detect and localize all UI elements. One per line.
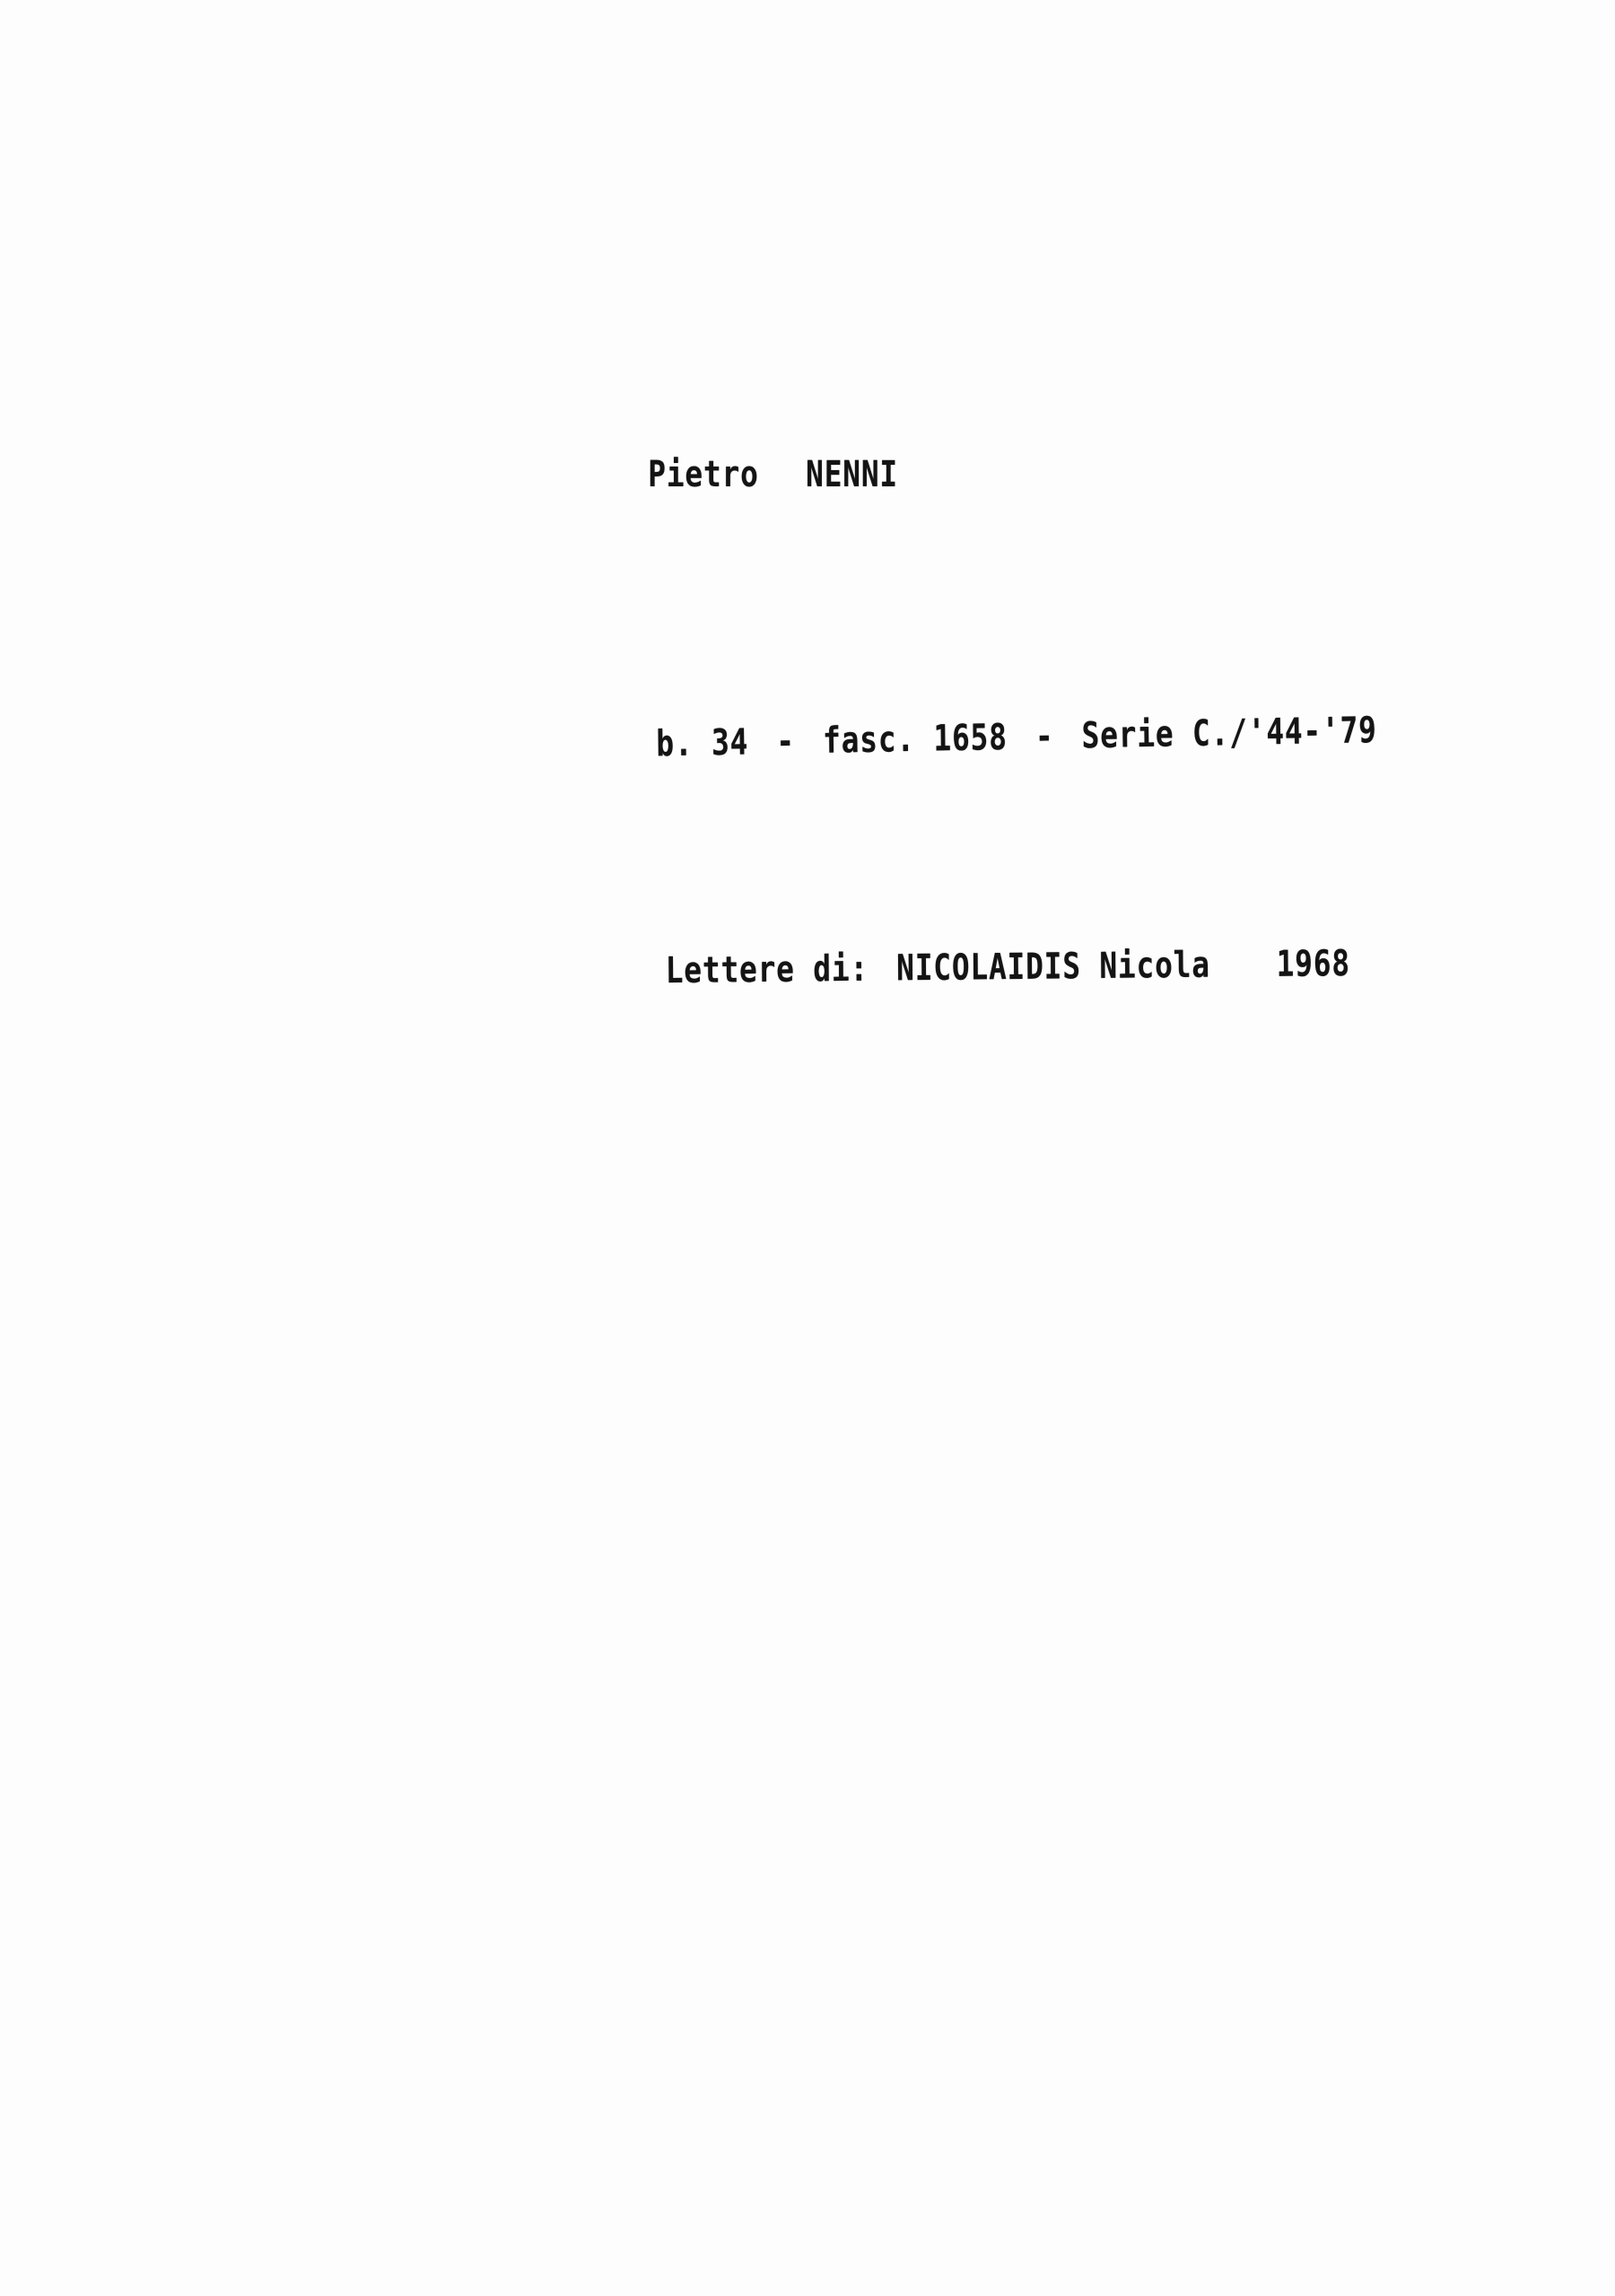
- separator: -: [1035, 716, 1054, 757]
- correspondence-line: Lettere di:NICOLAIDIS Nicola1968: [591, 902, 1350, 1034]
- separator: -: [776, 720, 795, 762]
- scan-noise-background: [0, 0, 1615, 2296]
- letters-label: Lettere di:: [666, 948, 869, 991]
- scanned-document-page: PietroNENNI b. 34-fasc. 1658-Serie C./'4…: [0, 0, 1615, 2296]
- correspondence-year: 1968: [1276, 943, 1350, 985]
- archive-reference-line: b. 34-fasc. 1658-Serie C./'44-'79: [581, 668, 1377, 808]
- series-label: Serie C./'44-'79: [1081, 710, 1377, 756]
- person-name-line: PietroNENNI: [574, 413, 898, 537]
- fascicolo-number: fasc. 1658: [823, 717, 1008, 762]
- last-name: NENNI: [806, 454, 898, 495]
- first-name: Pietro: [648, 454, 758, 495]
- busta-number: b. 34: [656, 721, 748, 764]
- correspondent-name: NICOLAIDIS Nicola: [896, 945, 1210, 990]
